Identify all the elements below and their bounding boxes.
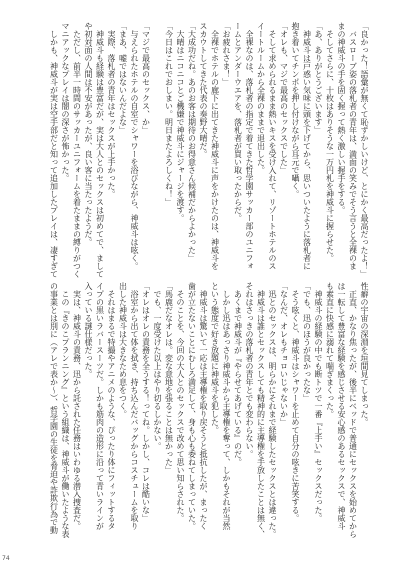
text-line: や初対面の人間は不安があったが、良い客に当たったようだ。 [83,22,95,267]
text-line: 「良かった！語彙が無くて恥ずかしいけど、とにかく最高だったよ！」 [359,22,371,267]
text-line: 実は、神威斗の責務、迅から託された任務はいわゆる潜入捜査だ。 [71,282,83,527]
text-line: まの神威斗の手を固く握って熱く激しい握手をする。 [336,22,348,267]
text-line: しかし迅はあっさり神威斗から主導権を奪って、しかもそれが当然 [221,282,233,527]
text-line: も素直に快感に溺れて喘ぎまくった。 [324,282,336,527]
text-line: そう呟くと、神威斗はシャワーを止めて自分の呟きに苦笑する。 [290,282,302,527]
text-line: 入っている謎仕様だった。 [83,282,95,527]
text-line: 「大成功だね。あのお客は期待のお得意さん候補だからよかった」 [186,22,198,267]
text-line: 神威斗は誰とセックスしても精神的に主導権を手放したことは無く、 [255,282,267,527]
text-line: そのことを、今回の大人とのセックスで改めて思い知らされた。 [175,282,187,527]
text-line: 性癖の宇宙の深淵を垣間見てしまった。 [359,282,371,527]
text-line: あくまで神威斗が『やらせてあげている』のだ。 [232,282,244,527]
text-line: 大晴はニコニコとご機嫌で神威斗にジャージを渡す。 [175,22,187,267]
text-line: 与えられたホテルの自室でシャワーを浴びながら、神威斗は呟く。 [129,22,141,267]
text-line: 「馬鹿だなオレは。変な意地を張ることは無かった」 [163,282,175,527]
text-line: 出した神威斗は大きなため息をつく。 [117,282,129,527]
text-line: マニアックなプレイは闇の深さが怖かった。 [60,22,72,267]
text-line: それはさっきの落札者の青年とでも変わらない。 [244,282,256,527]
text-line: 神威斗も経験は豊富だが、実は大人とのセックスは初めてで、まして [94,22,106,267]
text-line: しかも、神威斗が実は空手部だと知って追加したプレイは、凄すぎて [48,22,60,267]
text-line: は一転して豊富な経験を感じさせる安心感のあるセックスで、神威斗 [336,282,348,527]
text-line: 浴室から出て体を拭き、持ち込んだバッグからコスチュームを取り [129,282,141,527]
text-line: 「マジで最高のセックス、か」 [140,22,152,267]
text-line: イプの黒いラバースーツだ。しかも筋肉の造形に沿って青いラインが [94,282,106,527]
text-line: 「今日はこれでおしまい。明日またよろしくね！」 [163,22,175,267]
text-line: ームとアンダーウエアを、落札者が買い取ったからだ。 [232,22,244,267]
text-line: そしてさらに、十枚はありそうな一万円札を神威斗に握らせた。 [324,22,336,267]
text-line: でも、一度受けた以上はやり切るしかない。 [152,282,164,527]
text-line: 神威斗は戸惑い気味に頭を下げてから、思いついたように落札者に [301,22,313,267]
text-line: ただし、前半一時間のサッカーユニフォームを着たままの縛りがつく [71,22,83,267]
text-line: それはまるで特撮やアニメのような、ぴったり体にフィットするタ [106,282,118,527]
text-line: この『きのこプランニング』という組織は、神威斗が働いたような表 [60,282,72,527]
text-line: スカウトしてきた代表の奏野大晴だ。 [198,22,210,267]
text-line: という態度で好き放題に神威斗を犯した。 [209,282,221,527]
book-page: 「良かった！語彙が無くて恥ずかしいけど、とにかく最高だったよ！」 バスローブ姿の… [0,0,400,565]
text-line: バスローブ姿の落札者の青年は、満面の笑みでそう言うと全裸のま [347,22,359,267]
text-line: 正直、かなり焦ったが、後半にベッドで普通にセックスを始めてから [347,282,359,527]
upper-text-tier: 「良かった！語彙が無くて恥ずかしいけど、とにかく最高だったよ！」 バスローブ姿の… [48,22,370,267]
text-line: 「あ、ありがとうございます」 [313,22,325,267]
text-line: 歯が立たないことにむしろ満足して、身も心も委ねてしまっていた。 [186,282,198,527]
text-line: の事業とは別に（アレで表か〜）、哲学園の生徒を脅迫や詐欺行為で動 [48,282,60,527]
text-line: 迅とのセックスは、明らかにそれまで経験したセックスとは違った。 [267,282,279,527]
text-line: 神威斗は驚いて一応は主導権を取り戻そうと抵抗したが、まったく [198,282,210,527]
text-line: 実際、落札者の青年はセックスが上手かった。 [106,22,118,267]
text-line: 「オレも、マジで最高のセックスでした」 [278,22,290,267]
text-line: 「まあ、嘘ではないんだよな」 [117,22,129,267]
text-line: 「なんだ、オレもチョロいじゃないか」 [278,282,290,527]
text-line: 全裸なのは、落札者の指定で着てきた哲学園サッカー部のユニフォ [244,22,256,267]
text-line: 「お疲れさま！」 [221,22,233,267]
text-line: そして求められるまま熱いキスを受け入れて、リゾートホテルのス [267,22,279,267]
text-line: 「でも、迅のほうが良かったな」 [301,282,313,527]
text-line: 「オレはオレの責務を全うする！ってね。しかし、コレは酷いな」 [140,282,152,527]
scene-break-blank-line [152,22,164,267]
text-line: 抱き着いてチンポを押し付けながら耳元で囁く。 [290,22,302,267]
text-line: イートルームから全裸のままで退出した。 [255,22,267,267]
text-line: 神威斗の経験の中でも断トツで一番『上手い』セックスだった。 [313,282,325,527]
text-line: 全裸でホテルの廊下に出てきた神威斗に声をかけたのは、神威斗を [209,22,221,267]
lower-text-tier: 性癖の宇宙の深淵を垣間見てしまった。 正直、かなり焦ったが、後半にベッドで普通に… [48,282,370,527]
page-number: 74 [2,555,10,563]
